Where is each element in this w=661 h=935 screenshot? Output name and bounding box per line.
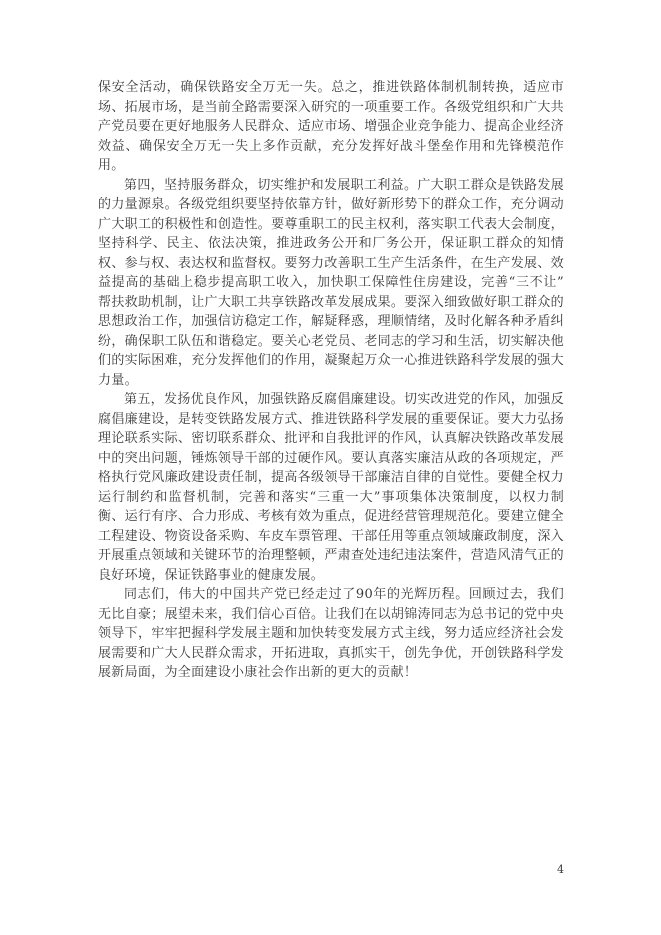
paragraph-continuation: 保安全活动，确保铁路安全万无一失。总之，推进铁路体制机制转换，适应市场、拓展市场…: [98, 78, 564, 176]
paragraph-point-four: 第四，坚持服务群众，切实维护和发展职工利益。广大职工群众是铁路发展的力量源泉。各…: [98, 176, 564, 391]
paragraph-point-five: 第五，发扬优良作风，加强铁路反腐倡廉建设。切实改进党的作风，加强反腐倡廉建设，是…: [98, 390, 564, 585]
page-number: 4: [557, 863, 564, 876]
document-page: 保安全活动，确保铁路安全万无一失。总之，推进铁路体制机制转换，适应市场、拓展市场…: [0, 0, 661, 935]
paragraph-closing: 同志们，伟大的中国共产党已经走过了90年的光辉历程。回顾过去，我们无比自豪；展望…: [98, 585, 564, 683]
page-footer: 4: [98, 863, 564, 877]
document-body: 保安全活动，确保铁路安全万无一失。总之，推进铁路体制机制转换，适应市场、拓展市场…: [98, 78, 564, 683]
